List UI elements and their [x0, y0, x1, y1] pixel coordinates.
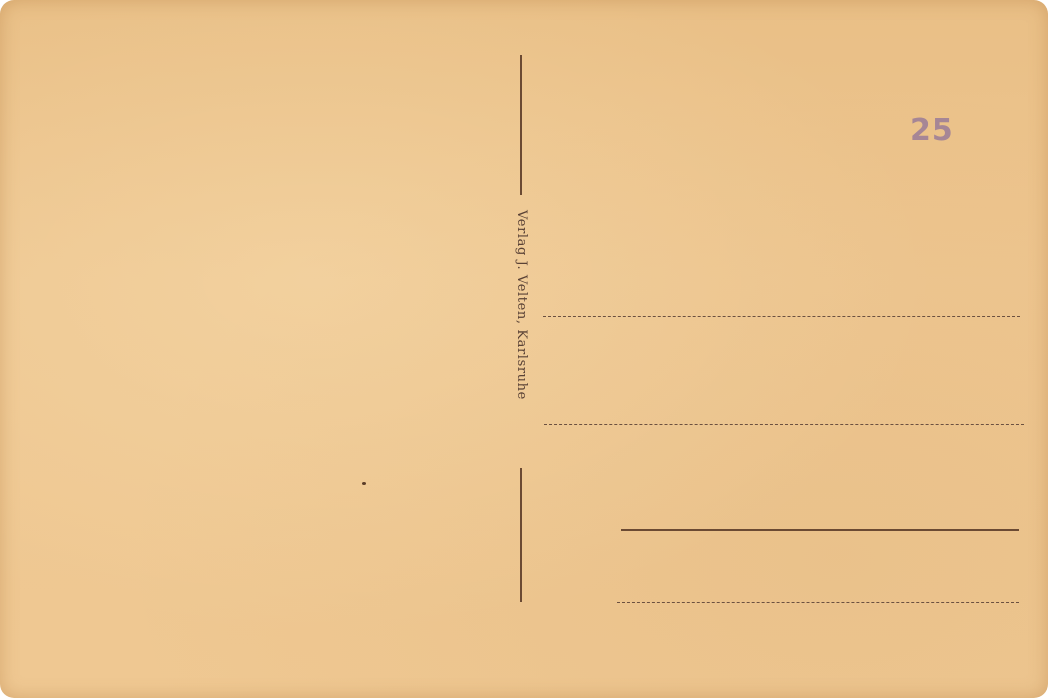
address-line-3: [621, 529, 1019, 531]
stamp-number: 25: [910, 113, 954, 148]
address-line-4: [617, 602, 1019, 603]
center-divider-bottom: [520, 468, 522, 602]
postcard-back: Verlag J. Velten, Karlsruhe 25: [0, 0, 1048, 698]
address-line-2: [544, 424, 1024, 425]
paper-blemish: [362, 482, 366, 485]
publisher-imprint: Verlag J. Velten, Karlsruhe: [514, 210, 529, 400]
address-line-1: [543, 316, 1020, 317]
center-divider-top: [520, 55, 522, 195]
